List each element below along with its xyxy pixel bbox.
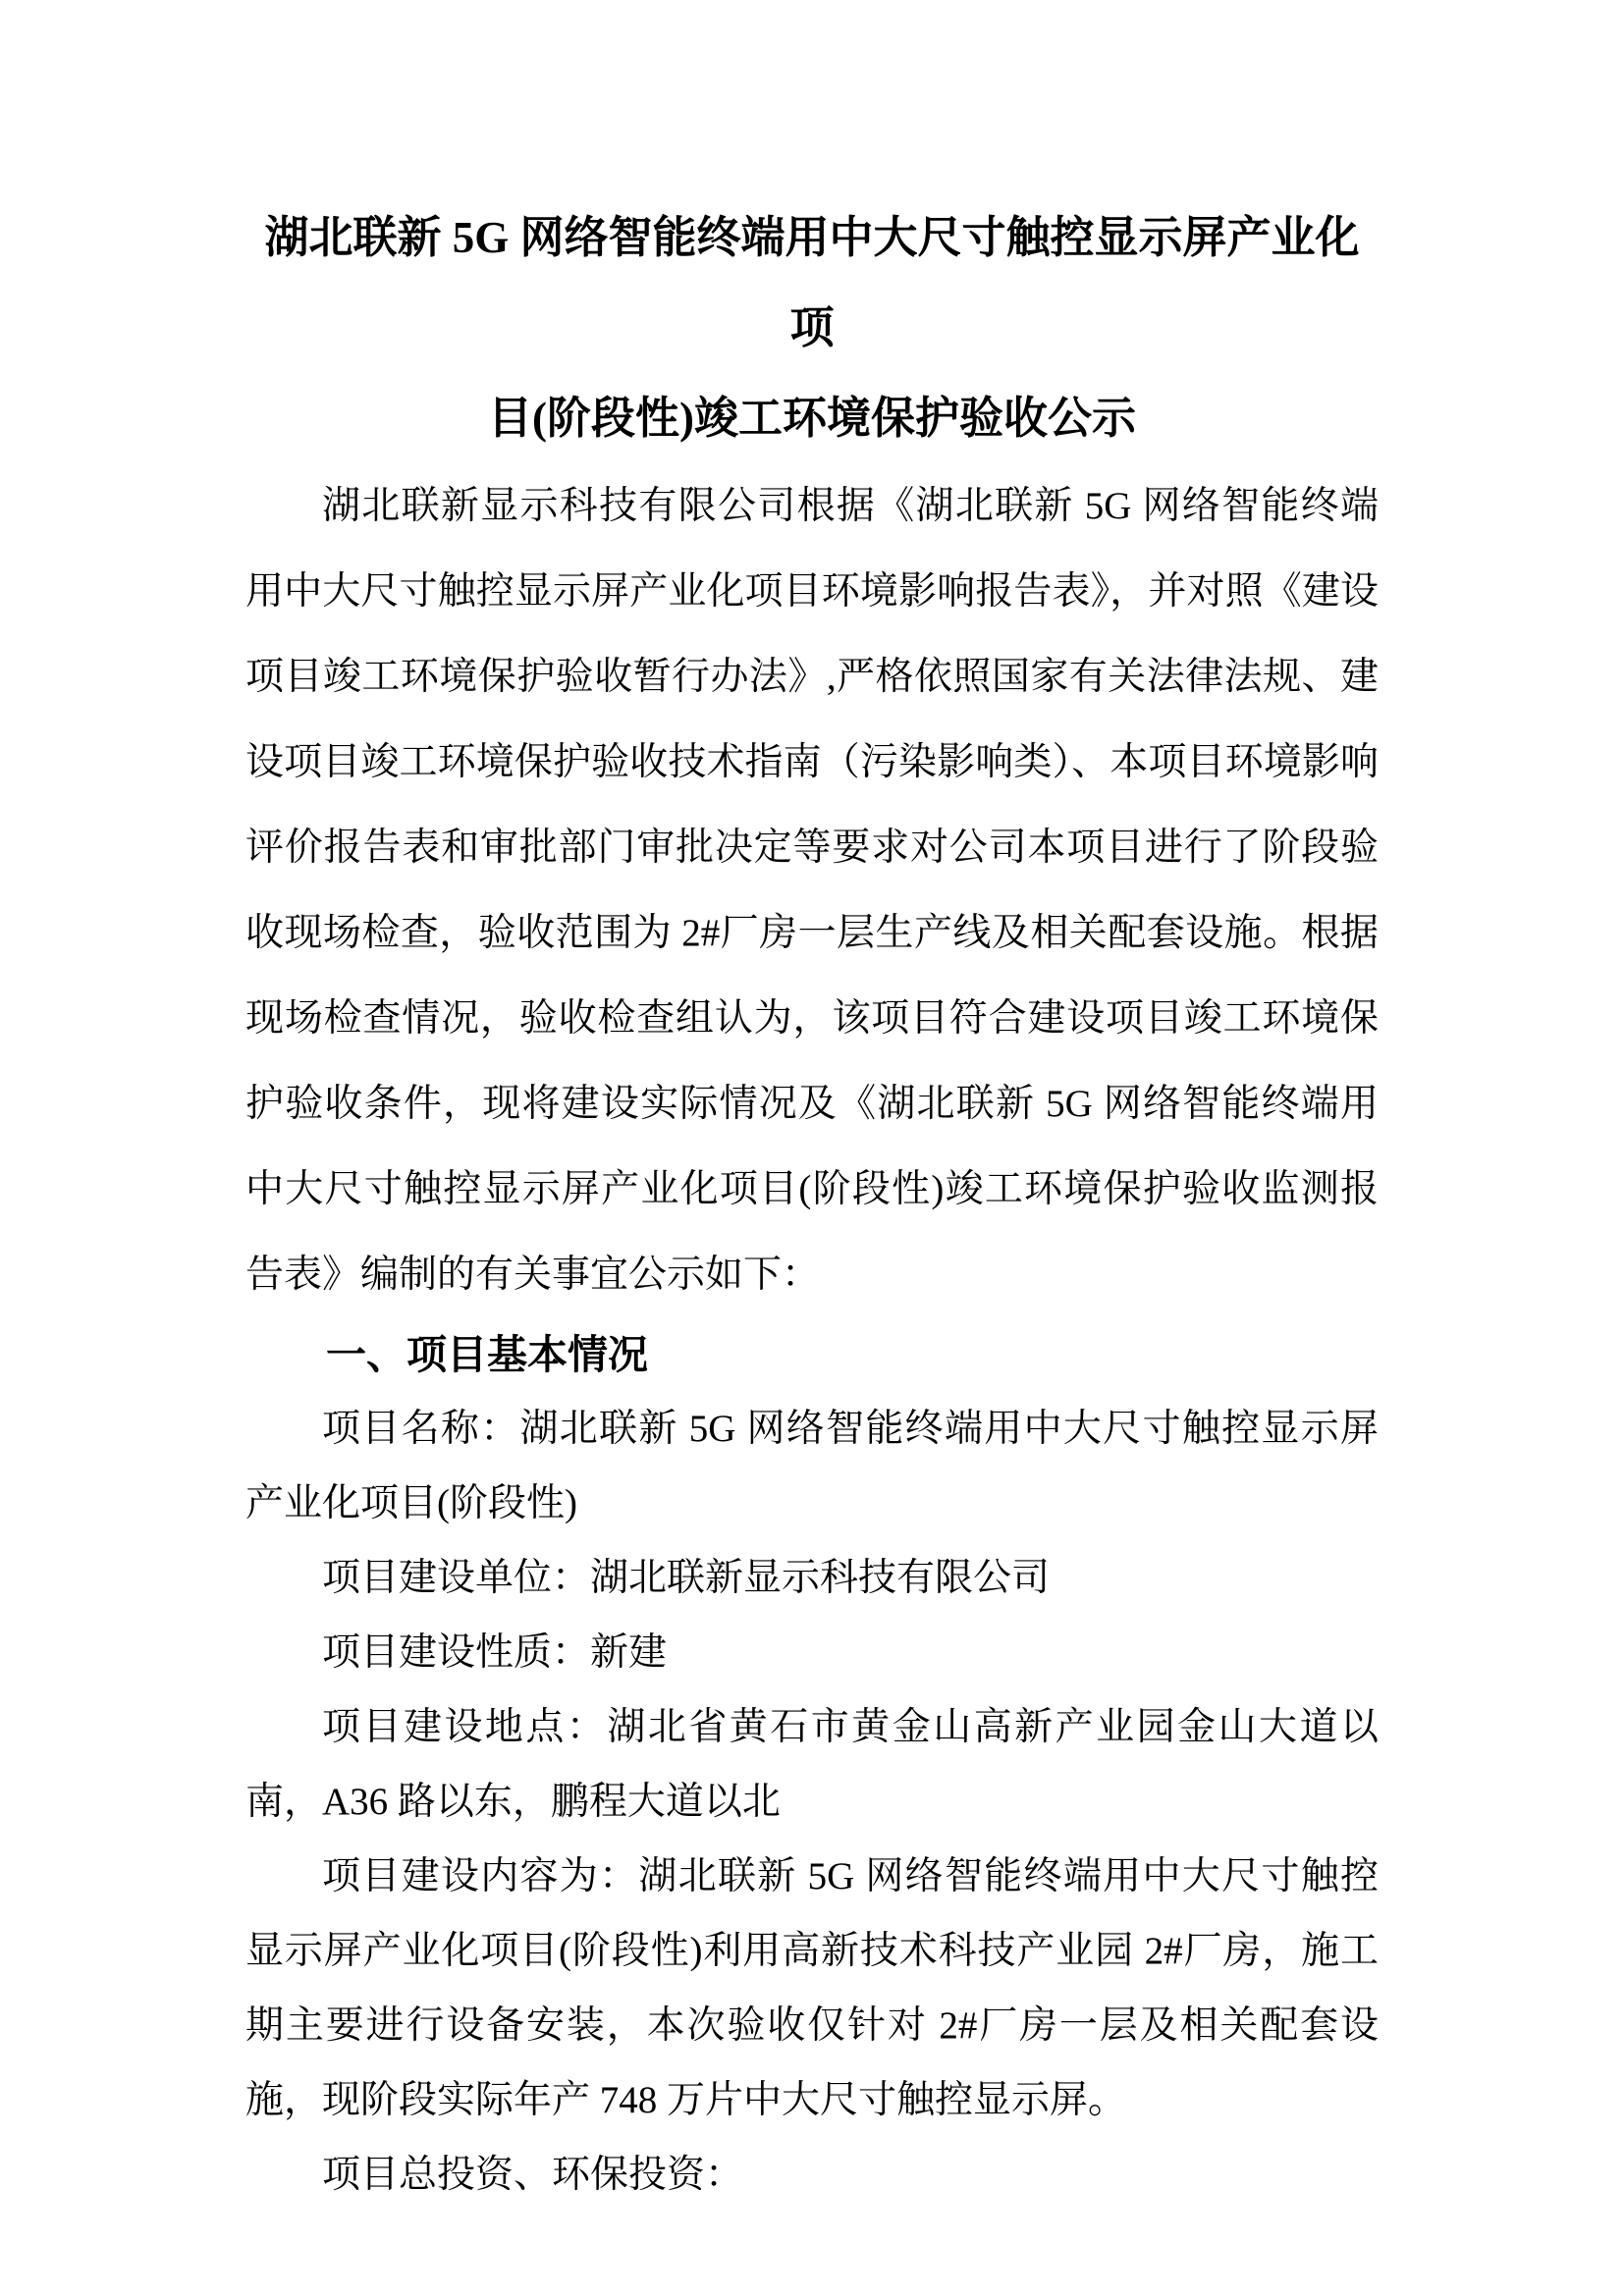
section1-paragraphs: 项目名称：湖北联新 5G 网络智能终端用中大尺寸触控显示屏产业化项目(阶段性)项… (245, 1392, 1379, 2213)
section-paragraph: 项目建设内容为：湖北联新 5G 网络智能终端用中大尺寸触控显示屏产业化项目(阶段… (245, 1840, 1379, 2138)
section-paragraph: 项目总投资、环保投资： (245, 2138, 1379, 2213)
document-title-line2: 目(阶段性)竣工环境保护验收公示 (245, 373, 1379, 463)
document-title-line1: 湖北联新 5G 网络智能终端用中大尺寸触控显示屏产业化项 (245, 192, 1379, 373)
section-paragraph: 项目建设地点：湖北省黄石市黄金山高新产业园金山大道以南，A36 路以东，鹏程大道… (245, 1690, 1379, 1840)
section1-heading: 一、项目基本情况 (245, 1317, 1379, 1392)
intro-paragraph: 湖北联新显示科技有限公司根据《湖北联新 5G 网络智能终端用中大尺寸触控显示屏产… (245, 463, 1379, 1317)
document-content: 湖北联新 5G 网络智能终端用中大尺寸触控显示屏产业化项 目(阶段性)竣工环境保… (0, 0, 1624, 2213)
document-page: 湖北联新 5G 网络智能终端用中大尺寸触控显示屏产业化项 目(阶段性)竣工环境保… (0, 0, 1624, 2296)
section-paragraph: 项目建设性质：新建 (245, 1616, 1379, 1690)
section-paragraph: 项目名称：湖北联新 5G 网络智能终端用中大尺寸触控显示屏产业化项目(阶段性) (245, 1392, 1379, 1541)
document-title: 湖北联新 5G 网络智能终端用中大尺寸触控显示屏产业化项 目(阶段性)竣工环境保… (245, 192, 1379, 463)
section-paragraph: 项目建设单位：湖北联新显示科技有限公司 (245, 1541, 1379, 1616)
